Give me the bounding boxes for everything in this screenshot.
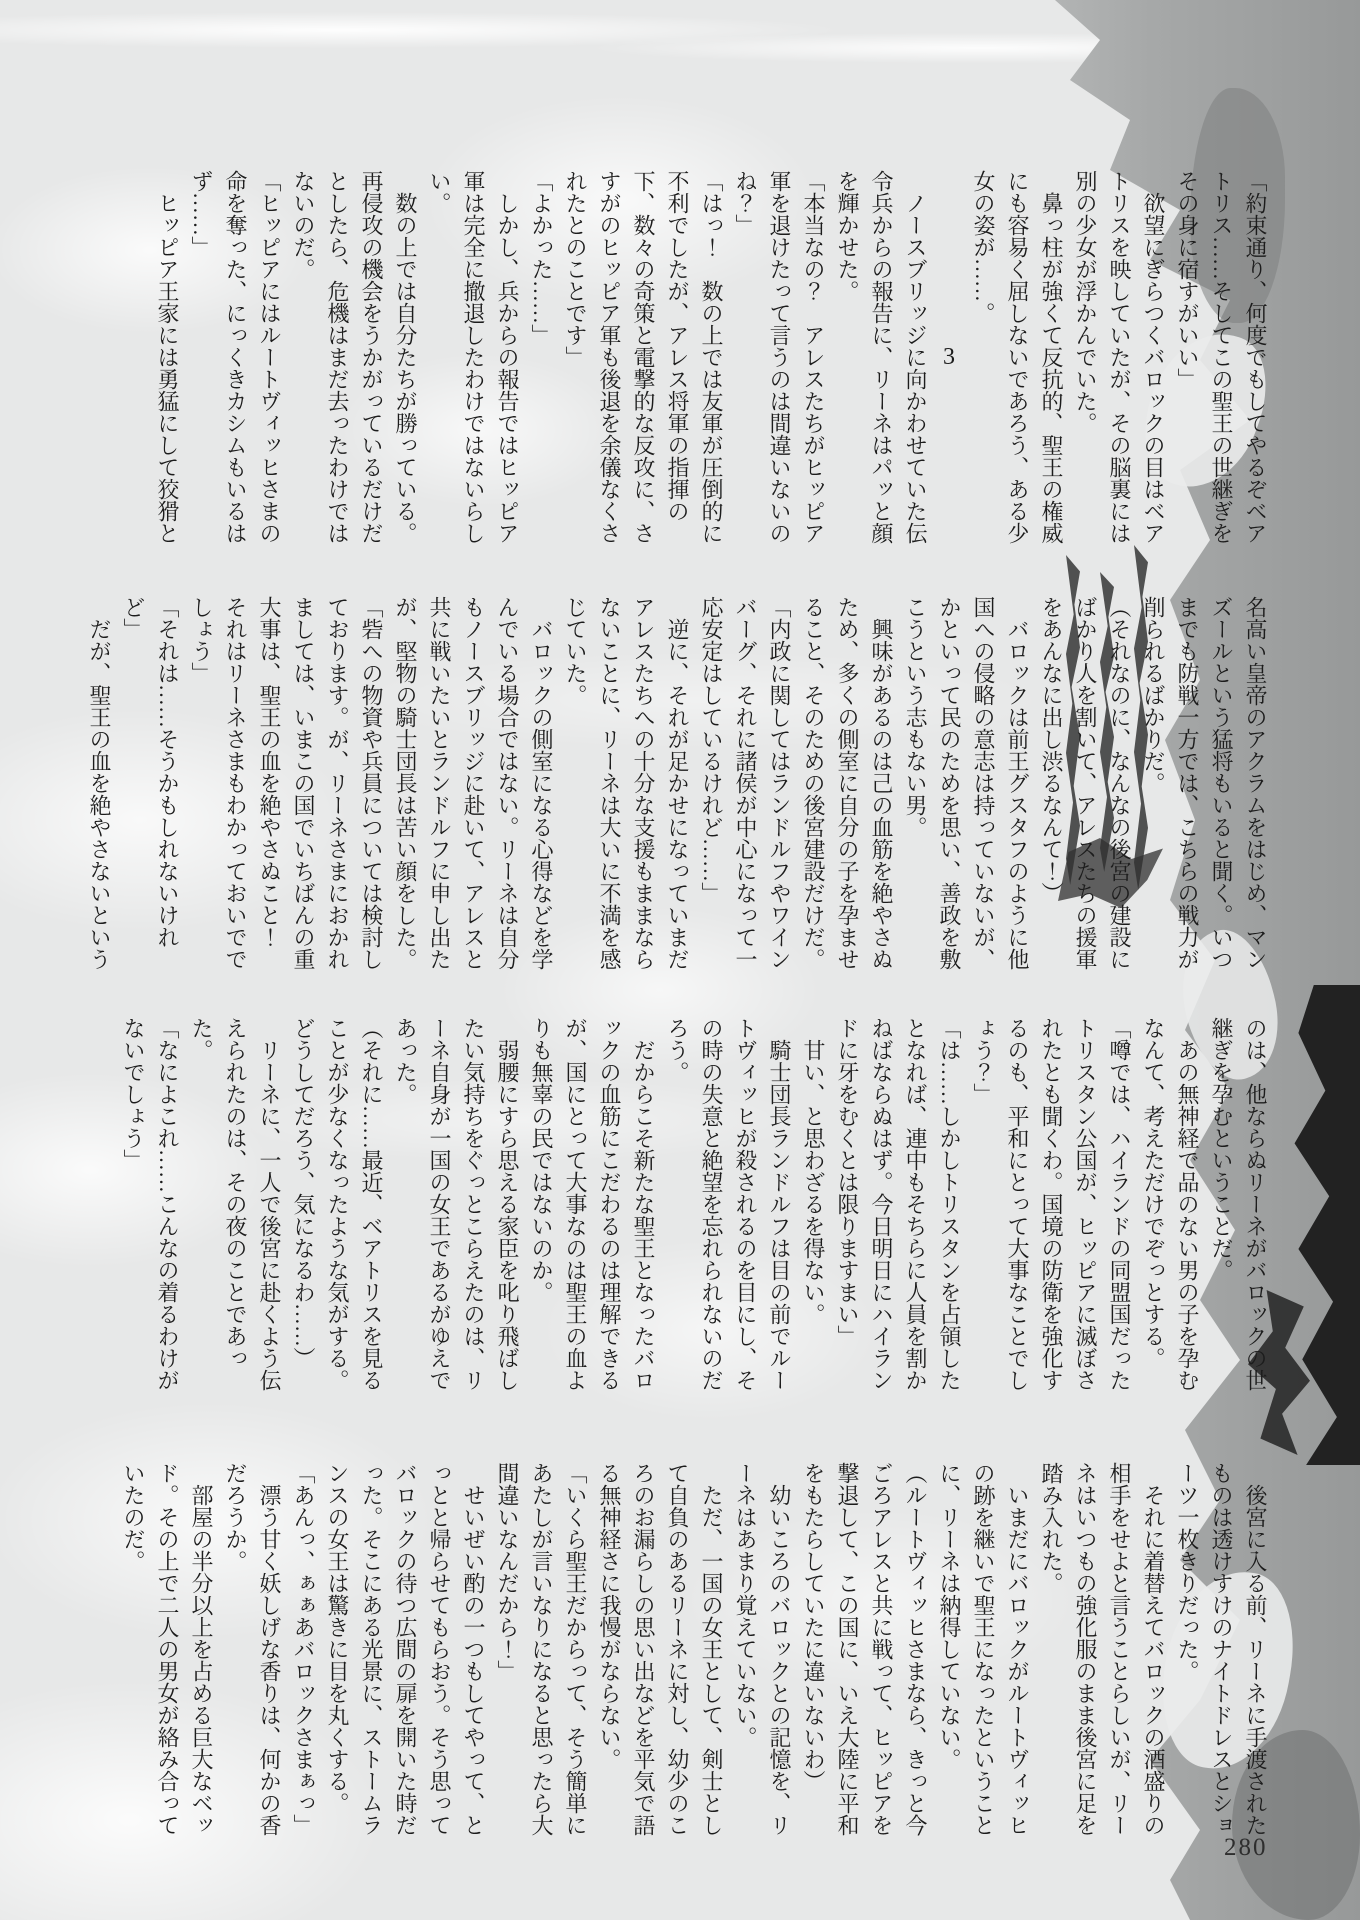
paragraph: 部屋の半分以上を占める巨大なベッド。その上で二人の男女が絡み合っていたのだ。 (116, 1462, 218, 1836)
paragraph: 「はっ！ 数の上では友軍が圧倒的に不利でしたが、アレス将軍の指揮の下、数々の奇策… (558, 170, 728, 544)
paragraph: リーネに、一人で後宮に赴くよう伝えられたのは、その夜のことであった。 (184, 1017, 286, 1391)
paragraph: （それに……最近、ベアトリスを見ることが少なくなったような気がする。どうしてだろ… (286, 1017, 388, 1391)
paragraph: 弱腰にすら思える家臣を叱り飛ばしたい気持ちをぐっとこらえたのは、リーネ自身が一国… (388, 1017, 524, 1391)
page-number: 280 (1224, 1834, 1268, 1862)
text-band-1: 「約束通り、何度でもしてやるぞベアトリス……そしてこの聖王の世継ぎをその身に宿す… (150, 170, 1272, 544)
paragraph: 後宮に入る前、リーネに手渡されたものは透けすけのナイトドレスとショーツ一枚きりだ… (1170, 1462, 1272, 1836)
paragraph: 名高い皇帝のアクラムをはじめ、マンズールという猛将もいると聞く。いつまでも防戦一… (1136, 596, 1272, 970)
paragraph: 「なによこれ……こんなの着るわけがないでしょう」 (116, 1017, 184, 1391)
book-page: 「約束通り、何度でもしてやるぞベアトリス……そしてこの聖王の世継ぎをその身に宿す… (0, 0, 1360, 1920)
paragraph: それに着替えてバロックの酒盛りの相手をせよと言うことらしいが、リーネはいつもの強… (1034, 1462, 1170, 1836)
paragraph: せいぜい酌の一つもしてやって、とっとと帰らせてもらおう。そう思ってバロックの待つ… (320, 1462, 490, 1836)
text-band-2: 名高い皇帝のアクラムをはじめ、マンズールという猛将もいると聞く。いつまでも防戦一… (82, 596, 1272, 970)
paragraph: 鼻っ柱が強くて反抗的、聖王の権威にも容易く屈しないであろう、ある少女の姿が……。 (966, 170, 1068, 544)
paragraph: 逆に、それが足かせになっていまだアレスたちへの十分な支援もままならないことに、リ… (558, 596, 694, 970)
paragraph: 「それは……そうかもしれないけれど」 (116, 596, 184, 970)
paragraph: いまだにバロックがルートヴィッヒの跡を継いで聖王になったということに、リーネは納… (932, 1462, 1034, 1836)
paragraph: だが、聖王の血を絶やさないという (82, 596, 116, 970)
paragraph: ノースブリッジに向かわせていた伝令兵からの報告に、リーネはパッと顔を輝かせた。 (830, 170, 932, 544)
paragraph: 漂う甘く妖しげな香りは、何かの香だろうか。 (218, 1462, 286, 1836)
section-number: 3 (932, 170, 966, 544)
paragraph: 騎士団長ランドルフは目の前でルートヴィッヒが殺されるのを目にし、その時の失意と絶… (660, 1017, 796, 1391)
paragraph: あの無神経で品のない男の子を孕むなんて、考えただけでぞっとする。 (1136, 1017, 1204, 1391)
paragraph: 数の上では自分たちが勝っている。再侵攻の機会をうかがっているだけだとしたら、危機… (286, 170, 422, 544)
paragraph: 「約束通り、何度でもしてやるぞベアトリス……そしてこの聖王の世継ぎをその身に宿す… (1170, 170, 1272, 544)
paragraph: 「砦への物資や兵員については検討しております。が、リーネさまにおかれましては、い… (184, 596, 388, 970)
paragraph: 「ヒッピアにはルートヴィッヒさまの命を奪った、にっくきカシムもいるはず……」 (184, 170, 286, 544)
paragraph: のは、他ならぬリーネがバロックの世継ぎを孕むということだ。 (1204, 1017, 1272, 1391)
paragraph: バロックは前王グスタフのように他国への侵略の意志は持っていないが、かといって民の… (898, 596, 1034, 970)
paragraph: ただ、一国の女王として、剣士として自負のあるリーネに対し、幼少のころのお漏らしの… (592, 1462, 728, 1836)
paragraph: 「いくら聖王だからって、そう簡単にあたしが言いなりになると思ったら大間違いなんだ… (490, 1462, 592, 1836)
paragraph: （それなのに、なんなの後宮の建設にばかり人を割いて、アレスたちの援軍をあんなに出… (1034, 596, 1136, 970)
text-band-3: のは、他ならぬリーネがバロックの世継ぎを孕むということだ。 あの無神経で品のない… (116, 1017, 1272, 1391)
paragraph: ヒッピア王家には勇猛にして狡猾と (150, 170, 184, 544)
paragraph: （ルートヴィッヒさまなら、きっと今ごろアレスと共に戦って、ヒッピアを撃退して、こ… (796, 1462, 932, 1836)
paragraph: しかし、兵からの報告ではヒッピア軍は完全に撤退したわけではないらしい。 (422, 170, 524, 544)
paragraph: 「よかった……」 (524, 170, 558, 544)
paragraph: 欲望にぎらつくバロックの目はベアトリスを映していたが、その脳裏には別の少女が浮か… (1068, 170, 1170, 544)
paragraph: だからこそ新たな聖王となったバロックの血筋にこだわるのは理解できるが、国にとって… (524, 1017, 660, 1391)
paragraph: 「あんっ、ぁぁあバロックさまぁっ」 (286, 1462, 320, 1836)
paragraph: 甘い、と思わざるを得ない。 (796, 1017, 830, 1391)
paragraph: 幼いころのバロックとの記憶を、リーネはあまり覚えていない。 (728, 1462, 796, 1836)
text-band-4: 後宮に入る前、リーネに手渡されたものは透けすけのナイトドレスとショーツ一枚きりだ… (116, 1462, 1272, 1836)
paragraph: バロックの側室になる心得などを学んでいる場合ではない。リーネは自分もノースブリッ… (388, 596, 558, 970)
paragraph: 「噂では、ハイランドの同盟国だったトリスタン公国が、ヒッピアに滅ぼされたとも聞く… (966, 1017, 1136, 1391)
paragraph: 「本当なの？ アレスたちがヒッピア軍を退けたって言うのは間違いないのね？」 (728, 170, 830, 544)
paragraph: 「は……しかしトリスタンを占領したとなれば、連中もそちらに人員を割かねばならぬは… (830, 1017, 966, 1391)
paragraph: 「内政に関してはランドルフやワインバーグ、それに諸侯が中心になって一応安定はして… (694, 596, 796, 970)
paragraph: 興味があるのは己の血筋を絶やさぬため、多くの側室に自分の子を孕ませること、そのた… (796, 596, 898, 970)
